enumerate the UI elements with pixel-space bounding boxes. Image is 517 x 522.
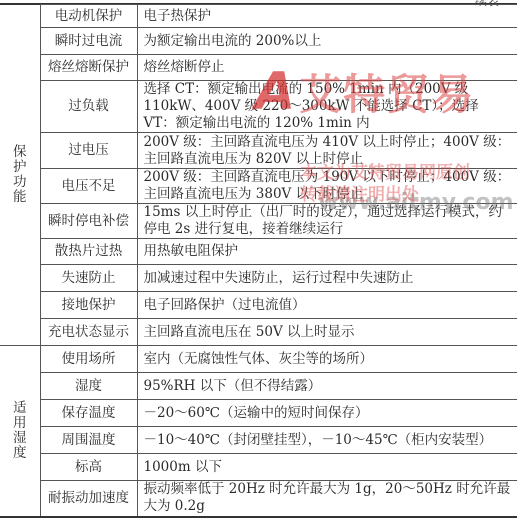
item-cell: 熔丝熔断保护 xyxy=(40,55,137,81)
table-row: 保存温度 －20～60℃（运输中的短时间保存） xyxy=(0,400,517,427)
item-cell: 瞬时过电流 xyxy=(40,28,137,55)
item-cell: 耐振动加速度 xyxy=(40,481,137,517)
item-cell: 标高 xyxy=(40,454,137,481)
item-cell: 使用场所 xyxy=(40,346,137,373)
table-row: 失速防止 加减速过程中失速防止，运行过程中失速防止 xyxy=(0,265,517,292)
table-row: 充电状态显示 主回路直流电压在 50V 以上时显示 xyxy=(0,319,517,346)
item-cell: 电压不足 xyxy=(40,169,137,204)
content-cell: 1000m 以下 xyxy=(137,454,517,481)
item-cell: 周围温度 xyxy=(40,427,137,454)
table-row: 保护功能 电动机保护 电子热保护 xyxy=(0,5,517,28)
table-row: 耐振动加速度 振动频率低于 20Hz 时允许最大为 1g，20～50Hz 时允许… xyxy=(0,481,517,517)
content-cell: 加减速过程中失速防止，运行过程中失速防止 xyxy=(137,265,517,292)
spec-table: 保护功能 电动机保护 电子热保护 瞬时过电流 为额定输出电流的 200%以上 熔… xyxy=(0,4,517,518)
content-cell: 熔丝熔断停止 xyxy=(137,55,517,81)
content-cell: 用热敏电阻保护 xyxy=(137,239,517,265)
table-row: 标高 1000m 以下 xyxy=(0,454,517,481)
watermark-reprint-notice: 转载请注明出处 xyxy=(300,180,419,205)
content-cell: 电子热保护 xyxy=(137,5,517,28)
content-cell: 振动频率低于 20Hz 时允许最大为 1g，20～50Hz 时允许最大为 0.2… xyxy=(137,481,517,517)
content-cell: 主回路直流电压在 50V 以上时显示 xyxy=(137,319,517,346)
content-cell: 为额定输出电流的 200%以上 xyxy=(137,28,517,55)
item-cell: 保存温度 xyxy=(40,400,137,427)
item-cell: 过负载 xyxy=(40,81,137,133)
category-cell: 保护功能 xyxy=(0,5,40,346)
table-row: 过负载 选择 CT：额定输出电流的 150% 1min 内（200V 级 110… xyxy=(0,81,517,133)
content-cell: 电子回路保护（过电流值） xyxy=(137,292,517,319)
category-cell: 适用湿度 xyxy=(0,346,40,517)
content-cell: 95%RH 以下（但不得结露） xyxy=(137,373,517,400)
item-cell: 接地保护 xyxy=(40,292,137,319)
item-cell: 瞬时停电补偿 xyxy=(40,204,137,239)
item-cell: 充电状态显示 xyxy=(40,319,137,346)
item-cell: 湿度 xyxy=(40,373,137,400)
item-cell: 电动机保护 xyxy=(40,5,137,28)
item-cell: 失速防止 xyxy=(40,265,137,292)
table-row: 湿度 95%RH 以下（但不得结露） xyxy=(0,373,517,400)
category-label: 适用湿度 xyxy=(13,401,27,461)
category-label: 保护功能 xyxy=(13,145,27,205)
table-row: 瞬时过电流 为额定输出电流的 200%以上 xyxy=(0,28,517,55)
table-row: 接地保护 电子回路保护（过电流值） xyxy=(0,292,517,319)
table-row: 熔丝熔断保护 熔丝熔断停止 xyxy=(0,55,517,81)
item-cell: 散热片过热 xyxy=(40,239,137,265)
item-cell: 过电压 xyxy=(40,133,137,169)
table-row: 适用湿度 使用场所 室内（无腐蚀性气体、灰尘等的场所） xyxy=(0,346,517,373)
content-cell: －20～60℃（运输中的短时间保存） xyxy=(137,400,517,427)
content-cell: 选择 CT：额定输出电流的 150% 1min 内（200V 级 110kW、4… xyxy=(137,81,517,133)
content-cell: 室内（无腐蚀性气体、灰尘等的场所） xyxy=(137,346,517,373)
table-row: 周围温度 －10～40℃（封闭壁挂型），－10～45℃（柜内安装型） xyxy=(0,427,517,454)
table-row: 散热片过热 用热敏电阻保护 xyxy=(0,239,517,265)
content-cell: －10～40℃（封闭壁挂型），－10～45℃（柜内安装型） xyxy=(137,427,517,454)
